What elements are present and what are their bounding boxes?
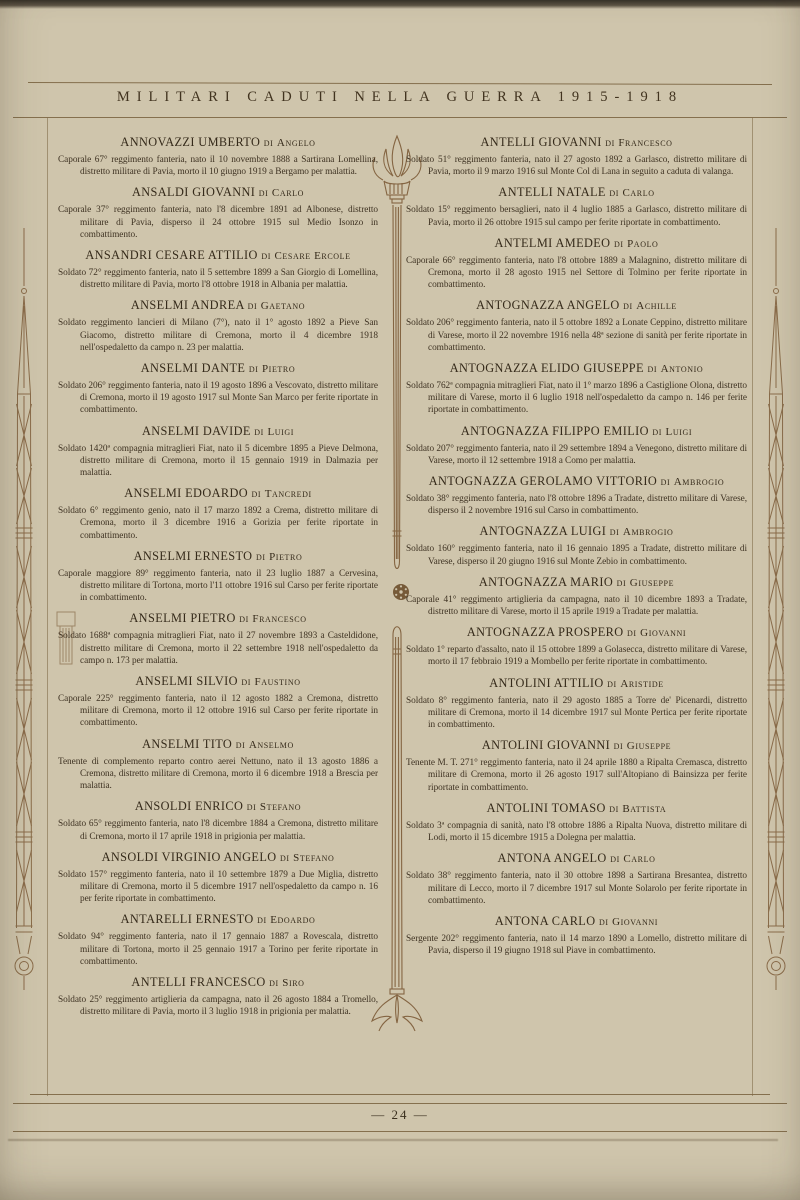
entry-soldier-name: ANSALDI GIOVANNI [132,185,255,199]
footer-frame-rule [30,1094,770,1095]
entry-description: Soldato 6° reggimento genio, nato il 17 … [58,505,378,542]
entry-description: Sergente 202° reggimento fanteria, nato … [406,933,747,957]
casualty-entry: ANTARELLI ERNESTO di Edoardo Soldato 94°… [58,912,378,968]
entry-father-name: Francesco [252,613,306,625]
entry-di: di [661,476,671,488]
entry-di: di [627,627,637,639]
entry-heading: ANTOGNAZZA ELIDO GIUSEPPE di Antonio [406,361,747,376]
entry-soldier-name: ANSELMI TITO [142,737,232,751]
entry-description: Caporale 37° reggimento fanteria, nato l… [58,204,378,241]
casualty-entry: ANSELMI ERNESTO di Pietro Caporale maggi… [58,549,378,605]
entry-di: di [239,613,249,625]
entry-father-name: Francesco [618,137,672,149]
entry-description: Soldato 157° reggimento fanteria, nato i… [58,869,378,906]
casualty-entry: ANTOGNAZZA PROSPERO di Giovanni Soldato … [406,625,747,668]
entry-father-name: Giovanni [640,627,686,639]
entry-description: Soldato 160° reggimento fanteria, nato i… [406,543,747,567]
entry-father-name: Anselmo [249,739,294,751]
casualty-entry: ANTELLI GIOVANNI di Francesco Soldato 51… [406,135,747,178]
casualty-entry: ANSELMI SILVIO di Faustino Caporale 225°… [58,674,378,730]
entry-description: Caporale 225° reggimento fanteria, nato … [58,693,378,730]
casualty-entry: ANSANDRI CESARE ATTILIO di Cesare Ercole… [58,248,378,291]
entry-soldier-name: ANNOVAZZI UMBERTO [120,135,260,149]
entry-description: Tenente M. T. 271° reggimento fanteria, … [406,757,747,794]
entry-soldier-name: ANTOGNAZZA ANGELO [476,298,620,312]
entry-di: di [599,916,609,928]
entry-di: di [254,426,264,438]
entry-heading: ANSANDRI CESARE ATTILIO di Cesare Ercole [58,248,378,263]
entry-di: di [617,577,627,589]
entry-heading: ANTELLI NATALE di Carlo [406,185,747,200]
entry-heading: ANSELMI DANTE di Pietro [58,361,378,376]
entry-heading: ANTARELLI ERNESTO di Edoardo [58,912,378,927]
entry-father-name: Ambrogio [623,526,674,538]
entry-description: Soldato 3ª compagnia di sanità, nato l'8… [406,820,747,844]
entry-description: Soldato 1688ª compagnia mitraglieri Fiat… [58,630,378,667]
entry-heading: ANTOGNAZZA LUIGI di Ambrogio [406,524,747,539]
entry-description: Soldato 38° reggimento fanteria, nato il… [406,870,747,907]
entry-father-name: Giuseppe [627,740,671,752]
fasces-border-ornament-left [4,228,44,1018]
casualty-entry: ANNOVAZZI UMBERTO di Angelo Caporale 67°… [58,135,378,178]
entry-soldier-name: ANSELMI SILVIO [135,674,238,688]
entry-heading: ANTOLINI GIOVANNI di Giuseppe [406,738,747,753]
entry-soldier-name: ANSELMI DAVIDE [142,424,251,438]
entry-heading: ANSELMI TITO di Anselmo [58,737,378,752]
entry-heading: ANSALDI GIOVANNI di Carlo [58,185,378,200]
entry-heading: ANTOGNAZZA FILIPPO EMILIO di Luigi [406,424,747,439]
entry-father-name: Pietro [262,363,295,375]
entry-di: di [248,300,258,312]
entry-soldier-name: ANSELMI ERNESTO [134,549,253,563]
entry-soldier-name: ANTOLINI GIOVANNI [482,738,610,752]
entry-father-name: Pietro [269,551,302,563]
entry-father-name: Stefano [293,852,334,864]
entry-description: Soldato 72° reggimento fanteria, nato il… [58,267,378,291]
entry-di: di [609,187,619,199]
entry-heading: ANTONA CARLO di Giovanni [406,914,747,929]
casualty-entry: ANTONA ANGELO di Carlo Soldato 38° reggi… [406,851,747,907]
entry-heading: ANTOGNAZZA PROSPERO di Giovanni [406,625,747,640]
entry-father-name: Carlo [623,853,655,865]
entry-di: di [614,740,624,752]
casualty-entry: ANTOGNAZZA ANGELO di Achille Soldato 206… [406,298,747,354]
casualty-entry: ANTOGNAZZA GEROLAMO VITTORIO di Ambrogio… [406,474,747,517]
entry-heading: ANTONA ANGELO di Carlo [406,851,747,866]
entry-soldier-name: ANTOLINI ATTILIO [489,676,603,690]
casualty-entry: ANSELMI PIETRO di Francesco Soldato 1688… [58,611,378,667]
entry-di: di [249,363,259,375]
casualty-entry: ANSOLDI ENRICO di Stefano Soldato 65° re… [58,799,378,842]
entry-soldier-name: ANTONA ANGELO [498,851,607,865]
entry-di: di [605,137,615,149]
entry-description: Tenente di complemento reparto contro ae… [58,756,378,793]
entry-soldier-name: ANSELMI EDOARDO [124,486,248,500]
casualty-entry: ANTELLI FRANCESCO di Siro Soldato 25° re… [58,975,378,1018]
entry-heading: ANTELMI AMEDEO di Paolo [406,236,747,251]
entry-description: Caporale maggiore 89° reggimento fanteri… [58,568,378,605]
entry-father-name: Ambrogio [674,476,725,488]
entry-di: di [623,300,633,312]
entry-father-name: Faustino [255,676,301,688]
footer-smudge-line [8,1139,778,1141]
entry-di: di [236,739,246,751]
casualty-entry: ANSELMI ANDREA di Gaetano Soldato reggim… [58,298,378,354]
entry-soldier-name: ANSELMI DANTE [141,361,246,375]
entry-di: di [614,238,624,250]
entry-description: Soldato 1420ª compagnia mitraglieri Fiat… [58,443,378,480]
entry-father-name: Edoardo [270,914,315,926]
casualty-entry: ANTOGNAZZA LUIGI di Ambrogio Soldato 160… [406,524,747,567]
page-title: MILITARI CADUTI NELLA GUERRA 1915-1918 [0,89,800,106]
entry-soldier-name: ANTOGNAZZA GEROLAMO VITTORIO [429,474,657,488]
entry-soldier-name: ANTOGNAZZA FILIPPO EMILIO [461,424,649,438]
entry-soldier-name: ANSANDRI CESARE ATTILIO [85,248,257,262]
entry-soldier-name: ANTELLI GIOVANNI [480,135,601,149]
entry-description: Caporale 66° reggimento fanteria, nato l… [406,255,747,292]
entry-description: Soldato 206° reggimento fanteria, nato i… [406,317,747,354]
entry-di: di [610,526,620,538]
entry-father-name: Cesare Ercole [274,250,350,262]
entry-father-name: Carlo [272,187,304,199]
entry-description: Soldato 94° reggimento fanteria, nato il… [58,931,378,968]
entry-heading: ANTELLI GIOVANNI di Francesco [406,135,747,150]
entry-soldier-name: ANSOLDI ENRICO [135,799,243,813]
entry-description: Soldato 25° reggimento artiglieria da ca… [58,994,378,1018]
header-top-rule [28,82,772,85]
footer-lower-rule [13,1131,787,1132]
entry-soldier-name: ANTARELLI ERNESTO [121,912,254,926]
entry-description: Soldato 1° reparto d'assalto, nato il 15… [406,644,747,668]
entry-di: di [607,678,617,690]
entry-heading: ANSOLDI VIRGINIO ANGELO di Stefano [58,850,378,865]
casualty-entry: ANSELMI EDOARDO di Tancredi Soldato 6° r… [58,486,378,542]
entry-soldier-name: ANTOLINI TOMASO [487,801,606,815]
fasces-border-ornament-right [756,228,796,1018]
right-frame-line [752,118,753,1096]
entry-heading: ANTOLINI ATTILIO di Aristide [406,676,747,691]
left-frame-line [47,118,48,1096]
casualty-entry: ANSELMI DAVIDE di Luigi Soldato 1420ª co… [58,424,378,480]
entry-heading: ANNOVAZZI UMBERTO di Angelo [58,135,378,150]
casualty-entry: ANTONA CARLO di Giovanni Sergente 202° r… [406,914,747,957]
entry-soldier-name: ANTOGNAZZA MARIO [479,575,613,589]
entry-di: di [609,803,619,815]
entry-father-name: Battista [622,803,666,815]
entry-heading: ANTOGNAZZA MARIO di Giuseppe [406,575,747,590]
right-column: ANTELLI GIOVANNI di Francesco Soldato 51… [406,128,747,1094]
entry-description: Caporale 41° reggimento artiglieria da c… [406,594,747,618]
entry-di: di [269,977,279,989]
entry-heading: ANTELLI FRANCESCO di Siro [58,975,378,990]
page-number: — 24 — [0,1107,800,1123]
header-bottom-rule [13,117,787,118]
entry-father-name: Stefano [260,801,301,813]
entry-soldier-name: ANTOGNAZZA ELIDO GIUSEPPE [450,361,644,375]
casualty-entry: ANTOGNAZZA MARIO di Giuseppe Caporale 41… [406,575,747,618]
entry-di: di [252,488,262,500]
entry-di: di [264,137,274,149]
entry-father-name: Aristide [620,678,663,690]
photo-top-edge [0,0,800,9]
entry-description: Soldato 15° reggimento bersaglieri, nato… [406,204,747,228]
entry-di: di [610,853,620,865]
entry-description: Soldato 206° reggimento fanteria, nato i… [58,380,378,417]
casualty-entry: ANTOLINI GIOVANNI di Giuseppe Tenente M.… [406,738,747,794]
entry-description: Soldato 51° reggimento fanteria, nato il… [406,154,747,178]
entry-father-name: Siro [282,977,304,989]
entry-father-name: Paolo [627,238,658,250]
casualty-entry: ANTOLINI ATTILIO di Aristide Soldato 8° … [406,676,747,732]
entry-soldier-name: ANTONA CARLO [495,914,596,928]
entry-heading: ANTOLINI TOMASO di Battista [406,801,747,816]
entry-description: Soldato 65° reggimento fanteria, nato l'… [58,818,378,842]
entry-heading: ANTOGNAZZA ANGELO di Achille [406,298,747,313]
footer-upper-rule [13,1103,787,1104]
entry-di: di [647,363,657,375]
entry-description: Caporale 67° reggimento fanteria, nato i… [58,154,378,178]
entry-soldier-name: ANTELMI AMEDEO [495,236,611,250]
entry-father-name: Antonio [661,363,704,375]
entry-di: di [259,187,269,199]
entry-father-name: Gaetano [261,300,305,312]
casualty-entry: ANTELMI AMEDEO di Paolo Caporale 66° reg… [406,236,747,292]
entry-father-name: Carlo [622,187,654,199]
entry-description: Soldato 207° reggimento fanteria, nato i… [406,443,747,467]
entry-soldier-name: ANTELLI NATALE [498,185,605,199]
entry-father-name: Luigi [666,426,693,438]
entry-di: di [652,426,662,438]
entry-description: Soldato 38° reggimento fanteria, nato l'… [406,493,747,517]
entry-di: di [256,551,266,563]
entry-soldier-name: ANSELMI PIETRO [129,611,235,625]
casualty-entry: ANTOGNAZZA ELIDO GIUSEPPE di Antonio Sol… [406,361,747,417]
entry-heading: ANSOLDI ENRICO di Stefano [58,799,378,814]
casualty-entry: ANSOLDI VIRGINIO ANGELO di Stefano Solda… [58,850,378,906]
entry-heading: ANTOGNAZZA GEROLAMO VITTORIO di Ambrogio [406,474,747,489]
casualty-entry: ANSALDI GIOVANNI di Carlo Caporale 37° r… [58,185,378,241]
entry-soldier-name: ANTOGNAZZA LUIGI [480,524,607,538]
casualty-entry: ANSELMI DANTE di Pietro Soldato 206° reg… [58,361,378,417]
entry-heading: ANSELMI PIETRO di Francesco [58,611,378,626]
entry-heading: ANSELMI ANDREA di Gaetano [58,298,378,313]
entry-description: Soldato 8° reggimento fanteria, nato il … [406,695,747,732]
entry-soldier-name: ANTOGNAZZA PROSPERO [467,625,624,639]
entry-description: Soldato reggimento lancieri di Milano (7… [58,317,378,354]
casualty-entry: ANTOLINI TOMASO di Battista Soldato 3ª c… [406,801,747,844]
entry-di: di [257,914,267,926]
entry-father-name: Angelo [277,137,316,149]
entry-di: di [280,852,290,864]
entry-soldier-name: ANSELMI ANDREA [131,298,244,312]
entry-di: di [247,801,257,813]
entry-di: di [241,676,251,688]
entry-father-name: Tancredi [265,488,312,500]
entry-heading: ANSELMI DAVIDE di Luigi [58,424,378,439]
entry-father-name: Achille [636,300,677,312]
entry-heading: ANSELMI ERNESTO di Pietro [58,549,378,564]
entry-heading: ANSELMI EDOARDO di Tancredi [58,486,378,501]
entry-father-name: Giuseppe [630,577,674,589]
casualty-entry: ANTOGNAZZA FILIPPO EMILIO di Luigi Solda… [406,424,747,467]
left-column: ANNOVAZZI UMBERTO di Angelo Caporale 67°… [58,128,378,1094]
casualty-entry: ANTELLI NATALE di Carlo Soldato 15° regg… [406,185,747,228]
scanned-memorial-page: MILITARI CADUTI NELLA GUERRA 1915-1918 [0,0,800,1200]
entry-father-name: Giovanni [612,916,658,928]
entry-description: Soldato 762ª compagnia mitraglieri Fiat,… [406,380,747,417]
entry-heading: ANSELMI SILVIO di Faustino [58,674,378,689]
entry-di: di [261,250,271,262]
entry-soldier-name: ANTELLI FRANCESCO [131,975,265,989]
entry-soldier-name: ANSOLDI VIRGINIO ANGELO [102,850,277,864]
casualty-entry: ANSELMI TITO di Anselmo Tenente di compl… [58,737,378,793]
entry-father-name: Luigi [267,426,294,438]
